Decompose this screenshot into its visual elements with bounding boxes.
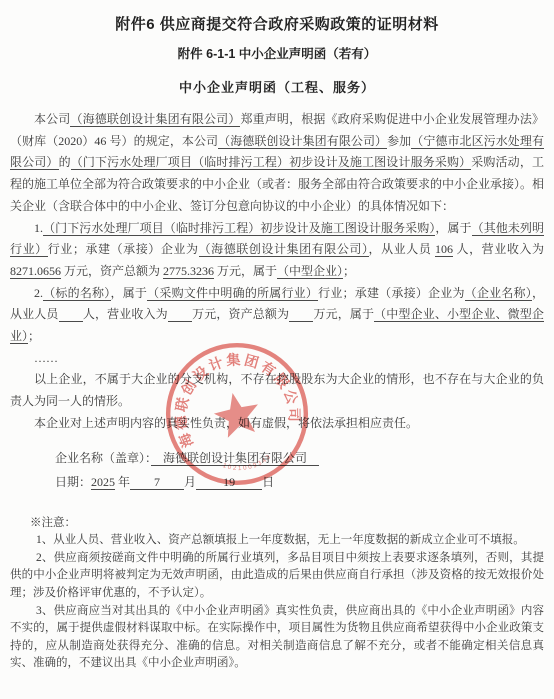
document-page: 附件6 供应商提交符合政府采购政策的证明材料 附件 6-1-1 中小企业声明函（… <box>0 0 554 699</box>
text-run: 2、供应商须按磋商文件中明确的所属行业填列，多品目项目中须按上表要求逐条填列，否… <box>10 552 544 599</box>
text-run: ； <box>343 264 355 278</box>
note-3: 3、供应商应当对其出具的《中小企业声明函》真实性负责，供应商出具的《中小企业声明… <box>10 603 544 673</box>
text-run: ，从业人员 <box>369 242 435 256</box>
filled-blank-value: 海德联创设计集团有限公司 <box>151 451 319 466</box>
text-run: 人，营业收入为 <box>83 307 168 321</box>
signature-block: 企业名称（盖章）： 海德联创设计集团有限公司 日期：2025 年 7 月 19 … <box>55 446 544 494</box>
filled-blank-value: 19 <box>196 475 262 490</box>
paragraph-no-large-enterprise: 以上企业，不属于大企业的分支机构，不存在控股股东为大企业的情形，也不存在与大企业… <box>10 369 544 412</box>
filled-blank-value: （标的名称） <box>43 286 111 301</box>
text-run: 本企业对上述声明内容的真实性负责，如有虚假，将依法承担相应责任。 <box>34 416 418 430</box>
filled-blank-value: 8271.0656 <box>10 264 61 279</box>
text-run: 以上企业，不属于大企业的分支机构，不存在控股股东为大企业的情形，也不存在与大企业… <box>10 372 544 408</box>
text-run: 年 <box>115 475 130 489</box>
paragraph-item-2: 2.（标的名称），属于（采购文件中明确的所属行业）行业；承建（承接）企业为（企业… <box>10 283 544 348</box>
text-run: ； <box>28 329 40 343</box>
date-line: 日期：2025 年 7 月 19 日 <box>55 470 544 494</box>
filled-blank-value: （企业名称） <box>465 286 532 301</box>
text-run: 月 <box>184 475 196 489</box>
text-run: 的 <box>59 155 71 169</box>
text-run: 1、从业人员、营业收入、资产总额填报上一年度数据，无上一年度数据的新成立企业可不… <box>36 534 525 546</box>
text-run: 本公司 <box>34 112 70 126</box>
paragraph-item-1: 1.（门下污水处理厂项目（临时排污工程）初步设计及施工图设计服务采购），属于（其… <box>10 218 544 283</box>
text-run: 3、供应商应当对其出具的《中小企业声明函》真实性负责，供应商出具的《中小企业声明… <box>10 605 544 670</box>
filled-blank-value <box>289 307 313 322</box>
document-header: 附件6 供应商提交符合政府采购政策的证明材料 附件 6-1-1 中小企业声明函（… <box>0 0 554 96</box>
filled-blank-value: 2775.3236 <box>163 264 214 279</box>
text-run: 日期： <box>55 475 91 489</box>
notes-heading: ※注意： <box>10 515 544 533</box>
filled-blank-value: 2025 <box>91 475 115 490</box>
notes-section: ※注意： 1、从业人员、营业收入、资产总额填报上一年度数据，无上一年度数据的新成… <box>10 515 544 673</box>
declaration-body: 本公司（海德联创设计集团有限公司）郑重声明，根据《政府采购促进中小企业发展管理办… <box>10 109 544 435</box>
text-run: 1. <box>34 221 43 235</box>
paragraph-responsibility: 本企业对上述声明内容的真实性负责，如有虚假，将依法承担相应责任。 <box>10 413 544 435</box>
filled-blank-value: （海德联创设计集团有限公司） <box>70 112 240 127</box>
filled-blank-value: （门下污水处理厂项目（临时排污工程）初步设计及施工图设计服务采购） <box>71 155 472 170</box>
attachment-title: 附件6 供应商提交符合政府采购政策的证明材料 <box>0 13 554 34</box>
filled-blank-value <box>168 307 192 322</box>
paragraph-intro: 本公司（海德联创设计集团有限公司）郑重声明，根据《政府采购促进中小企业发展管理办… <box>10 109 544 218</box>
text-run: 2. <box>34 286 43 300</box>
text-run: 人，营业收入为 <box>453 242 547 256</box>
filled-blank-value: 7 <box>130 475 184 490</box>
note-2: 2、供应商须按磋商文件中明确的所属行业填列，多品目项目中须按上表要求逐条填列，否… <box>10 550 544 603</box>
declaration-title: 中小企业声明函（工程、服务） <box>0 77 554 96</box>
filled-blank-value <box>59 307 83 322</box>
note-1: 1、从业人员、营业收入、资产总额填报上一年度数据，无上一年度数据的新成立企业可不… <box>10 532 544 550</box>
text-run: 行业；承建（承接）企业为 <box>48 242 199 256</box>
filled-blank-value: （采购文件中明确的所属行业） <box>147 286 318 301</box>
text-run: ，属于 <box>111 286 148 300</box>
text-run: 万元，属于 <box>313 307 374 321</box>
attachment-subtitle: 附件 6-1-1 中小企业声明函（若有） <box>0 44 554 62</box>
text-run: 行业；承建（承接）企业为 <box>318 286 465 300</box>
text-run: 万元，属于 <box>214 264 277 278</box>
paragraph-ellipsis: …… <box>10 348 544 370</box>
filled-blank-value: 106 <box>435 242 453 257</box>
text-run: ，属于 <box>435 221 471 235</box>
filled-blank-value: （海德联创设计集团有限公司） <box>218 134 387 149</box>
filled-blank-value: （海德联创设计集团有限公司） <box>199 242 369 257</box>
filled-blank-value: （中型企业） <box>277 264 343 279</box>
text-run: 参加 <box>387 134 411 148</box>
filled-blank-value: （门下污水处理厂项目（临时排污工程）初步设计及施工图设计服务采购） <box>43 221 435 236</box>
text-run: 万元，资产总额为 <box>192 307 289 321</box>
text-run: 日 <box>262 475 274 489</box>
text-run: …… <box>34 351 58 365</box>
company-name-line: 企业名称（盖章）： 海德联创设计集团有限公司 <box>55 446 544 470</box>
text-run: 企业名称（盖章）： <box>55 451 151 465</box>
text-run: 万元，资产总额为 <box>61 264 163 278</box>
